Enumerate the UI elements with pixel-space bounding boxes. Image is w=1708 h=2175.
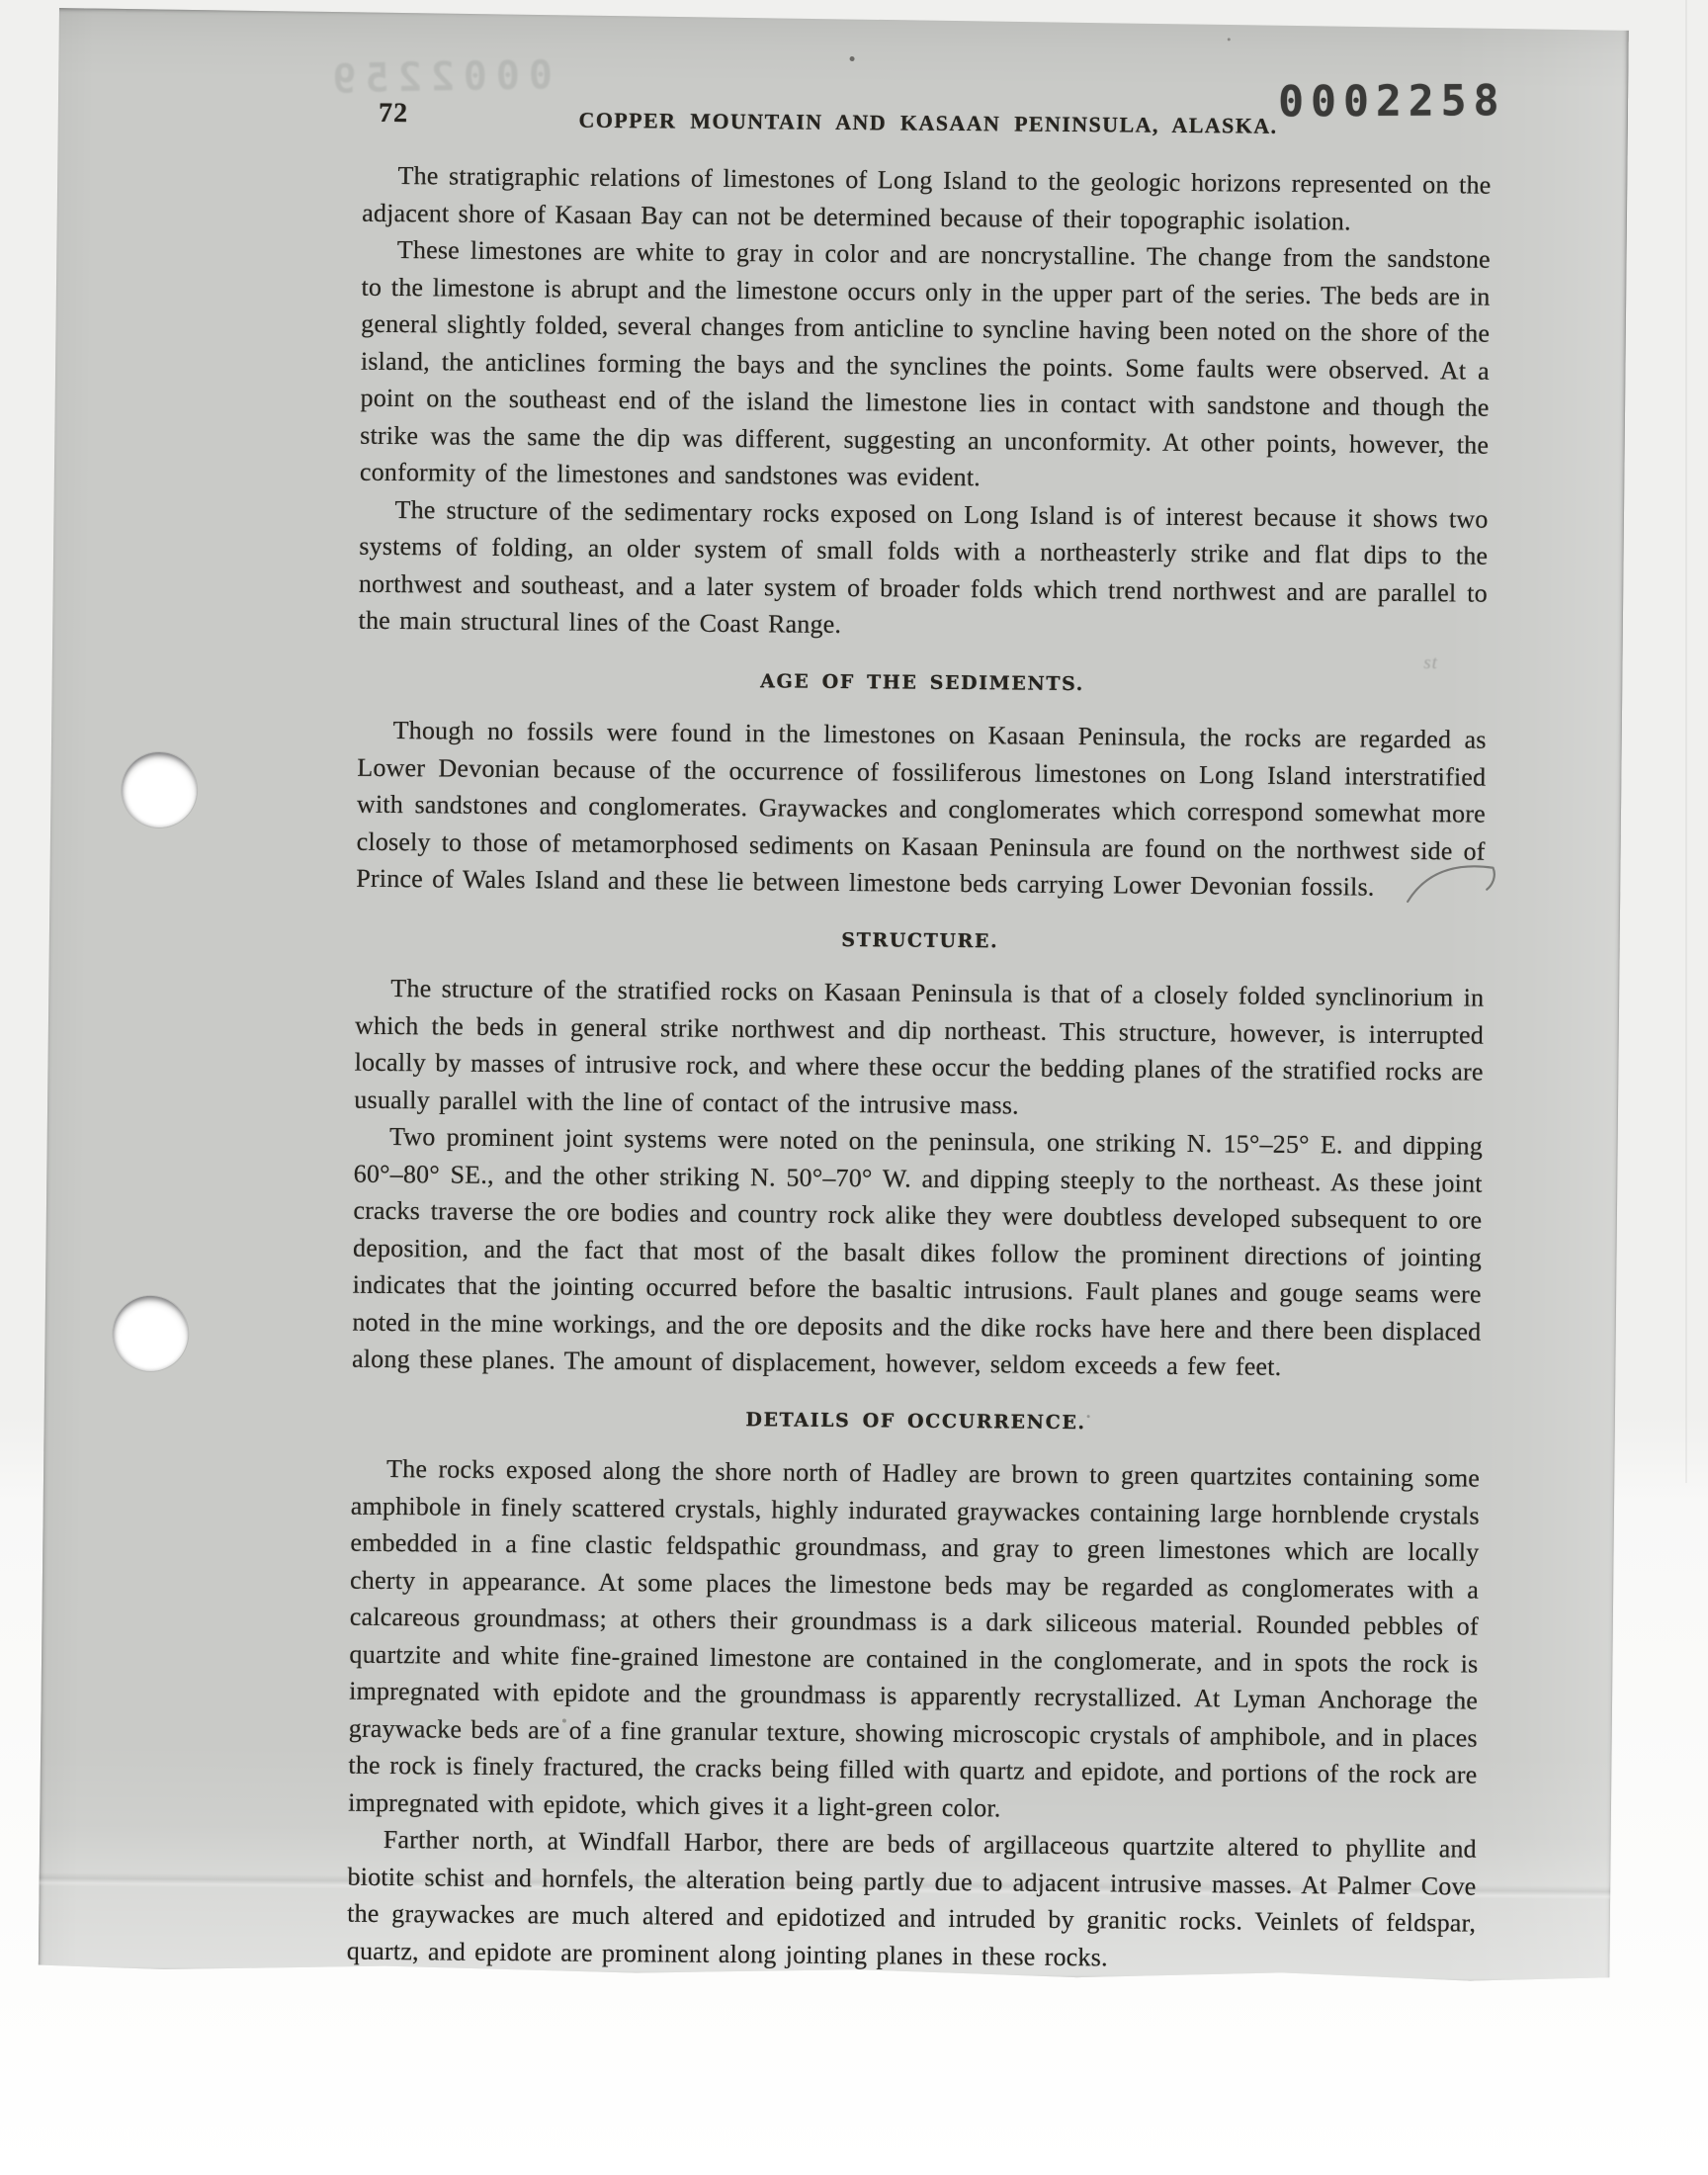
scanner-background-seam xyxy=(1685,0,1687,1483)
section-heading: AGE OF THE SEDIMENTS. xyxy=(358,659,1487,706)
body-paragraph: The structure of the stratified rocks on… xyxy=(354,970,1484,1128)
handwritten-pen-mark xyxy=(1406,856,1504,913)
section-heading: DETAILS OF OCCURRENCE. xyxy=(351,1398,1480,1444)
ink-speck xyxy=(1087,1415,1090,1418)
body-paragraph: The structure of the sedimentary rocks e… xyxy=(358,490,1488,649)
stamp-bleedthrough: 0002259 xyxy=(323,52,553,102)
serial-number-stamp: 0002258 xyxy=(1278,76,1505,127)
ink-speck xyxy=(1228,38,1231,41)
document-body: The stratigraphic relations of limestone… xyxy=(347,157,1492,1979)
body-paragraph: Though no fossils were found in the lime… xyxy=(356,712,1487,907)
ink-speck xyxy=(562,1719,566,1723)
scanned-page: 0002259 72 COPPER MOUNTAIN AND KASAAN PE… xyxy=(39,8,1629,1983)
body-paragraph: The rocks exposed along the shore north … xyxy=(348,1450,1480,1831)
body-paragraph: These limestones are white to gray in co… xyxy=(360,231,1491,500)
body-paragraph: Farther north, at Windfall Harbor, there… xyxy=(347,1821,1477,1979)
body-paragraph: The stratigraphic relations of limestone… xyxy=(362,157,1492,241)
section-heading: STRUCTURE. xyxy=(356,917,1485,964)
scan-canvas: 0002259 72 COPPER MOUNTAIN AND KASAAN PE… xyxy=(0,0,1708,2175)
body-paragraph: Two prominent joint systems were noted o… xyxy=(352,1118,1483,1387)
hole-punch-bottom xyxy=(113,1296,189,1372)
ink-speck xyxy=(850,56,855,61)
hole-punch-top xyxy=(122,752,198,828)
